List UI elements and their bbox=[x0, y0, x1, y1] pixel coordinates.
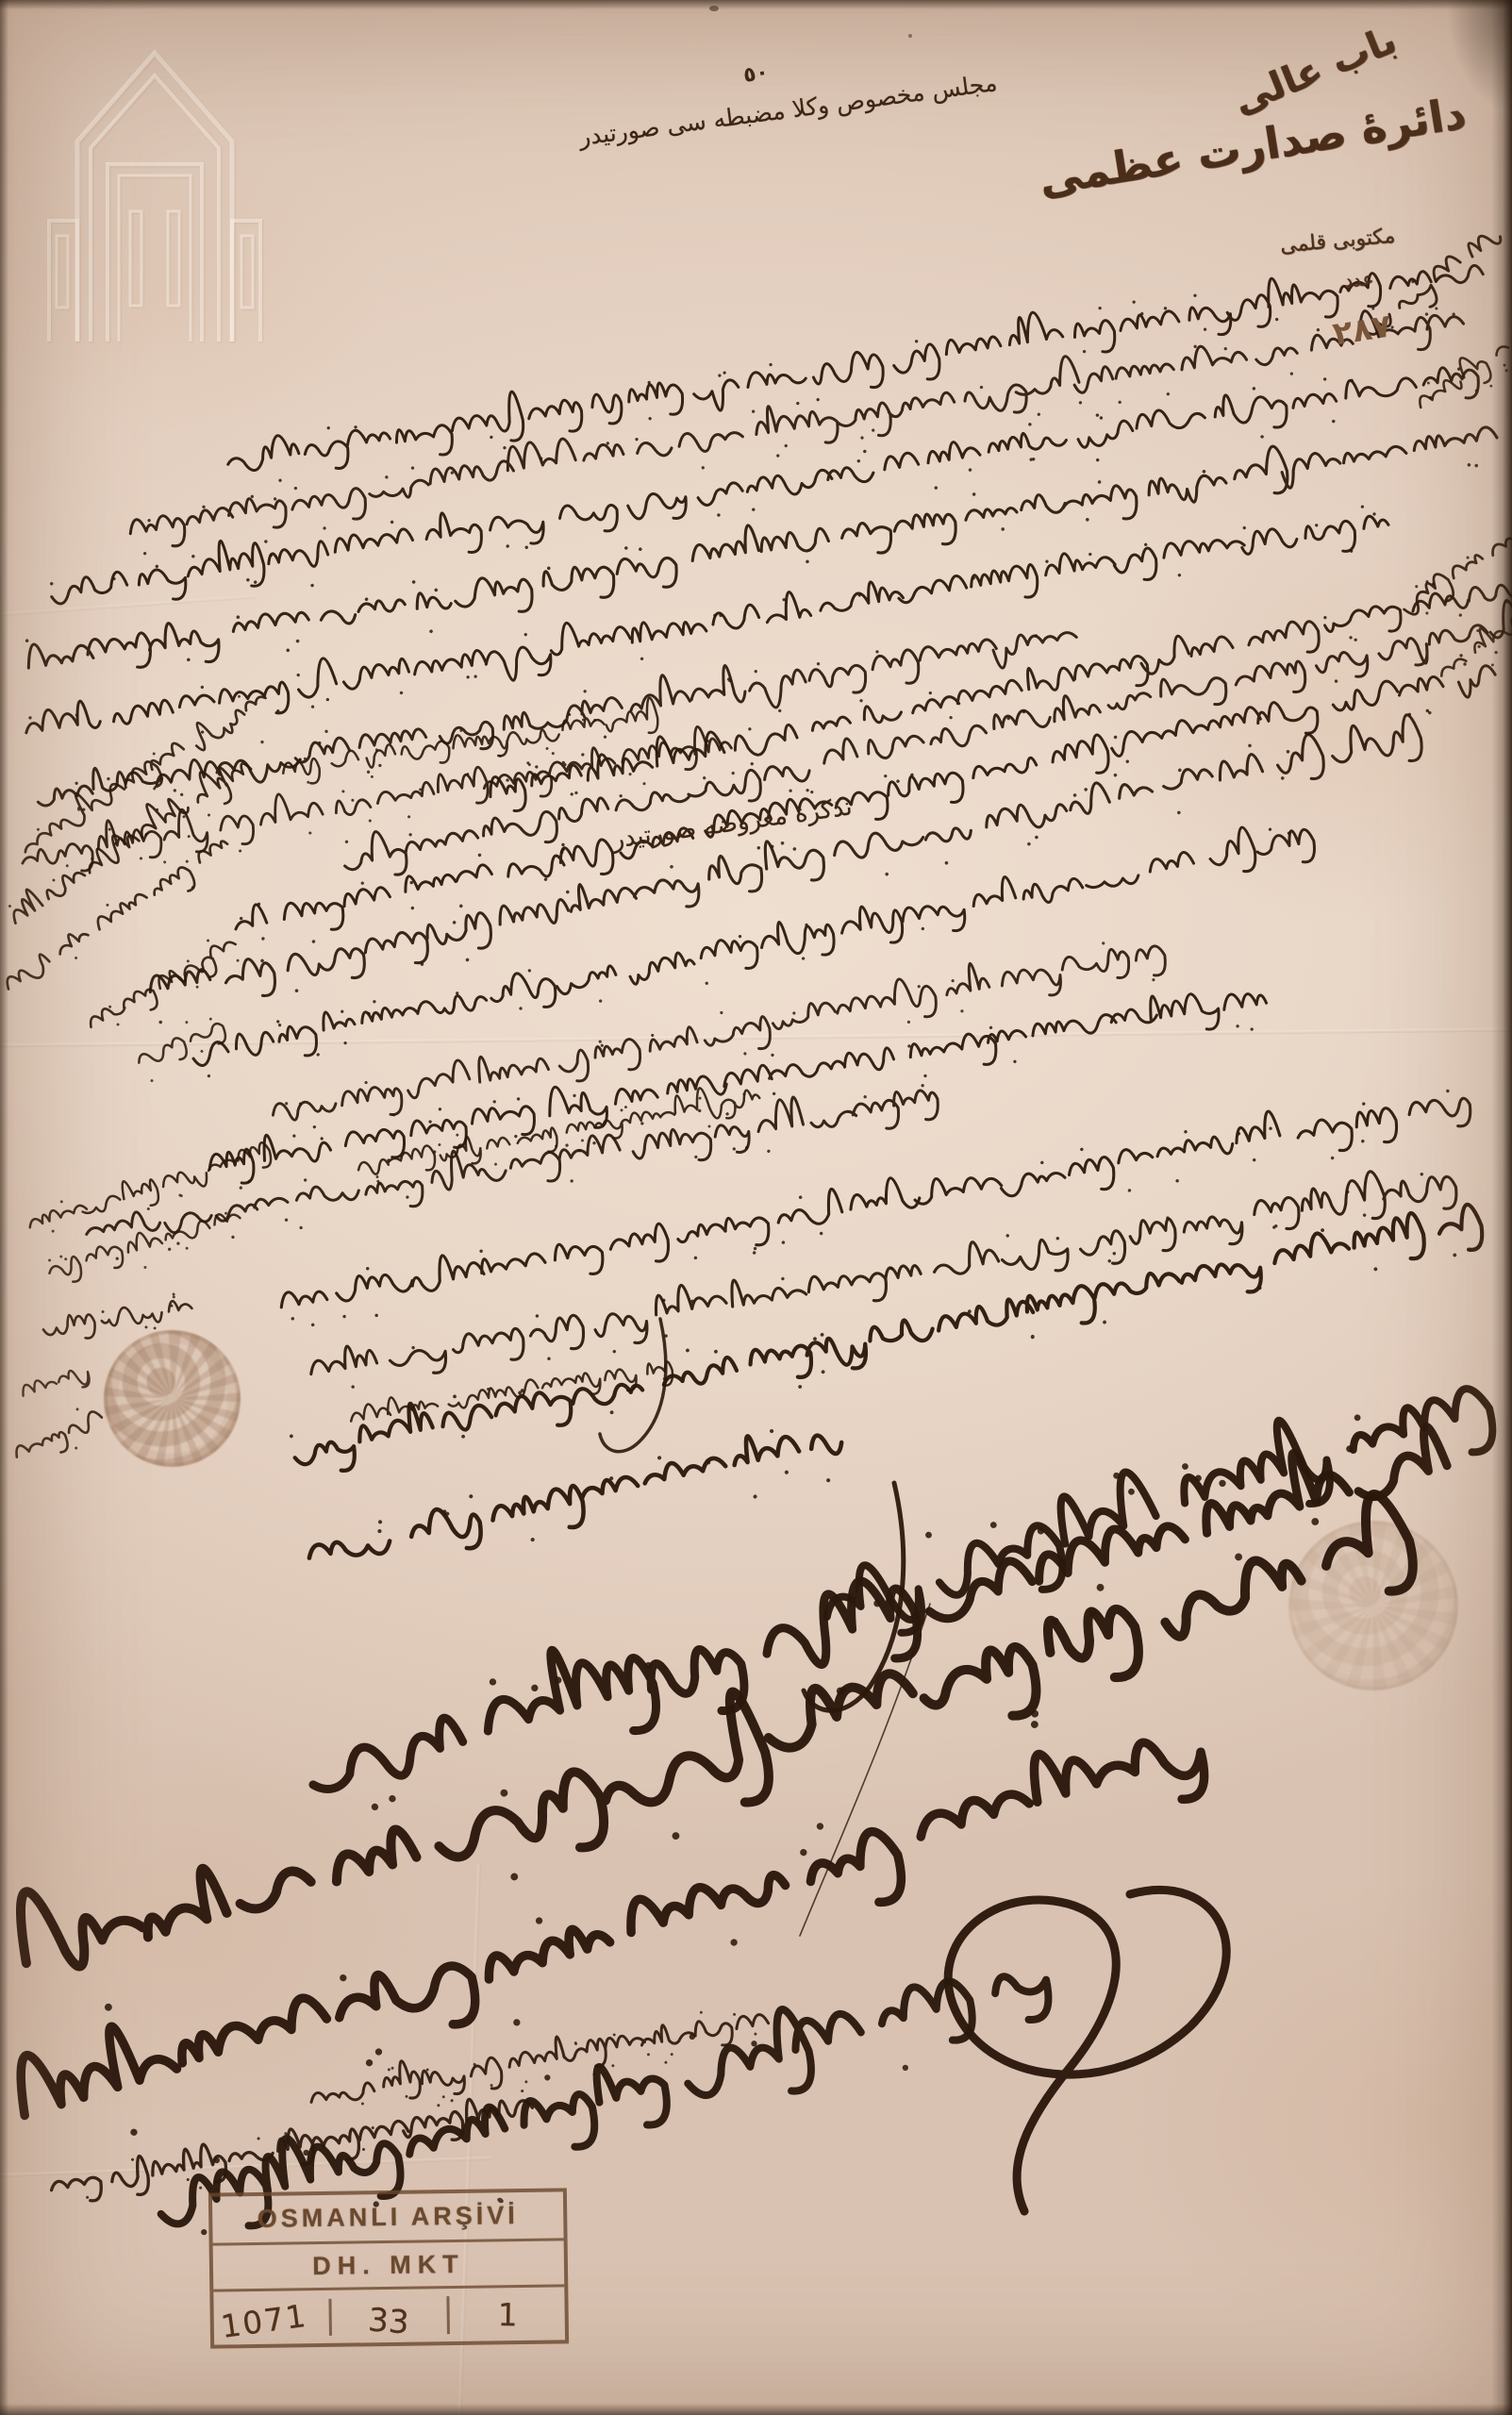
stamp-cell-sira: 1 bbox=[449, 2295, 565, 2334]
section-note-tezkire: تذكرهٔ معروضه صورتيدر bbox=[610, 792, 854, 854]
paper-crease bbox=[0, 595, 255, 617]
document-number: ٢٨٧ bbox=[1330, 307, 1394, 353]
archive-stamp-number-row: 1071 33 1 bbox=[213, 2287, 565, 2344]
header-note-mazbata: مجلس مخصوص وكلا مضبطه سی صورتيدر bbox=[577, 69, 999, 151]
ink-speck bbox=[709, 6, 719, 11]
paper-crease bbox=[0, 2157, 490, 2177]
document-page: باب عالی دائرهٔ صدارت عظمی مكتوبی قلمی ع… bbox=[0, 0, 1512, 2415]
handwritten-body bbox=[0, 0, 1512, 2415]
embossed-arch-watermark-icon bbox=[32, 21, 277, 341]
archive-stamp: OSMANLI ARŞİVİ DH. MKT 1071 33 1 bbox=[208, 2188, 569, 2348]
letterhead-aded-label: عدد bbox=[1343, 267, 1374, 291]
scan-edge bbox=[1491, 0, 1512, 2415]
archive-stamp-fond-code: DH. MKT bbox=[213, 2240, 565, 2291]
ink-speck bbox=[908, 34, 912, 38]
archive-stamp-title: OSMANLI ARŞİVİ bbox=[212, 2191, 564, 2245]
stamp-cell-dosya: 1071 bbox=[213, 2298, 332, 2337]
paper-crease bbox=[0, 1028, 1512, 1048]
stamp-cell-gomlek: 33 bbox=[331, 2296, 450, 2336]
scan-edge bbox=[0, 0, 8, 2415]
round-ink-seal-left bbox=[104, 1330, 241, 1467]
margin-number: ٥٠ bbox=[741, 60, 771, 88]
scan-edge bbox=[0, 0, 1512, 9]
round-ink-seal-right-faint bbox=[1288, 1521, 1458, 1690]
letterhead-mektubi-kalemi: مكتوبی قلمی bbox=[1279, 225, 1396, 258]
scan-edge bbox=[0, 2404, 1512, 2415]
